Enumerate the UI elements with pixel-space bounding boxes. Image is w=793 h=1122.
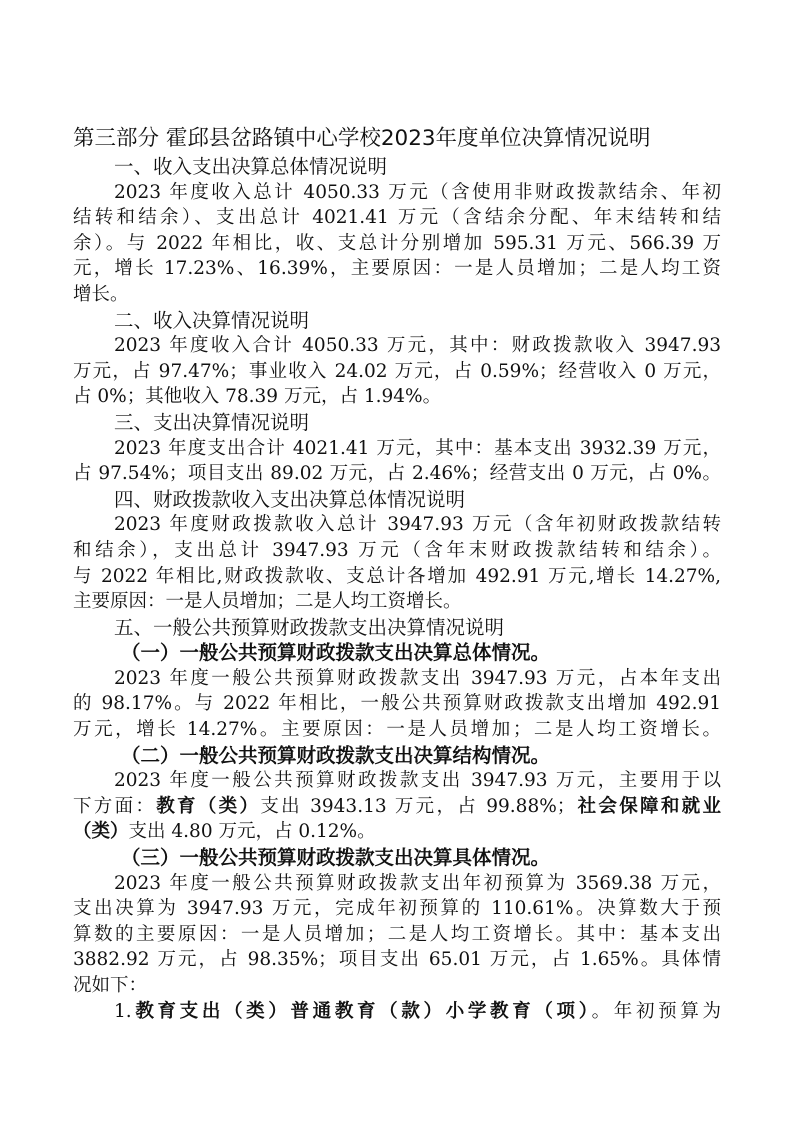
subsection-heading-1: （一）一般公共预算财政拨款支出决算总体情况。 [73, 640, 721, 666]
text-fragment: 下方面： [73, 796, 156, 817]
section-heading-2: 二、收入决算情况说明 [73, 308, 721, 334]
text-line: 的 98.17%。与 2022 年相比，一般公共预算财政拨款支出增加 492.9… [73, 691, 721, 717]
text-line: 万元，占 97.47%；事业收入 24.02 万元，占 0.59%；经营收入 0… [73, 359, 721, 385]
subsection-3-paragraph: 2023 年度一般公共预算财政拨款支出年初预算为 3569.38 万元， 支出决… [73, 871, 721, 1025]
text-line: 2023 年度一般公共预算财政拨款支出年初预算为 3569.38 万元， [73, 871, 721, 897]
text-line: 下方面：教育（类）支出 3943.13 万元，占 99.88%；社会保障和就业 [73, 794, 721, 820]
section-heading-3: 三、支出决算情况说明 [73, 410, 721, 436]
text-line: （类）支出 4.80 万元，占 0.12%。 [73, 819, 721, 845]
text-line: 增长。 [73, 282, 721, 308]
subsection-heading-3: （三）一般公共预算财政拨款支出决算具体情况。 [73, 845, 721, 871]
list-item: 1.教育支出（类）普通教育（款）小学教育（项）。年初预算为 [73, 999, 721, 1025]
document-page: 第三部分 霍邱县岔路镇中心学校2023年度单位决算情况说明 一、收入支出决算总体… [73, 124, 721, 1024]
item-title: 教育支出（类）普通教育（款）小学教育（项） [132, 1001, 592, 1022]
text-line: 况如下： [73, 973, 721, 999]
text-line: 算数的主要原因：一是人员增加；二是人均工资增长。其中：基本支出 [73, 922, 721, 948]
section-3-paragraph: 2023 年度支出合计 4021.41 万元，其中：基本支出 3932.39 万… [73, 436, 721, 487]
text-line: 占 97.54%；项目支出 89.02 万元，占 2.46%；经营支出 0 万元… [73, 461, 721, 487]
text-line: 2023 年度财政拨款收入总计 3947.93 万元（含年初财政拨款结转 [73, 512, 721, 538]
text-fragment: 支出 3943.13 万元，占 99.88%； [260, 796, 575, 817]
text-line: 3882.92 万元，占 98.35%；项目支出 65.01 万元，占 1.65… [73, 947, 721, 973]
text-line: 余）。与 2022 年相比，收、支总计分别增加 595.31 万元、566.39… [73, 231, 721, 257]
text-line: 2023 年度一般公共预算财政拨款支出 3947.93 万元，占本年支出 [73, 666, 721, 692]
text-line: 与 2022 年相比,财政拨款收、支总计各增加 492.91 万元,增长 14.… [73, 564, 721, 590]
subsection-2-paragraph: 2023 年度一般公共预算财政拨款支出 3947.93 万元，主要用于以 下方面… [73, 768, 721, 845]
text-line: 2023 年度收入总计 4050.33 万元（含使用非财政拨款结余、年初 [73, 180, 721, 206]
text-line: 2023 年度支出合计 4021.41 万元，其中：基本支出 3932.39 万… [73, 436, 721, 462]
page-title: 第三部分 霍邱县岔路镇中心学校2023年度单位决算情况说明 [73, 124, 721, 154]
category-label: （类） [73, 821, 129, 842]
item-number: 1. [114, 1001, 132, 1022]
text-line: 万元，增长 14.27%。主要原因：一是人员增加；二是人均工资增长。 [73, 717, 721, 743]
text-line: 2023 年度一般公共预算财政拨款支出 3947.93 万元，主要用于以 [73, 768, 721, 794]
section-heading-4: 四、财政拨款收入支出决算总体情况说明 [73, 487, 721, 513]
section-heading-5: 五、一般公共预算财政拨款支出决算情况说明 [73, 615, 721, 641]
text-line: 支出决算为 3947.93 万元，完成年初预算的 110.61%。决算数大于预 [73, 896, 721, 922]
category-education: 教育（类） [156, 796, 260, 817]
text-line: 元，增长 17.23%、16.39%，主要原因：一是人员增加；二是人均工资 [73, 256, 721, 282]
text-line: 主要原因：一是人员增加；二是人均工资增长。 [73, 589, 721, 615]
section-heading-1: 一、收入支出决算总体情况说明 [73, 154, 721, 180]
text-fragment: 支出 4.80 万元，占 0.12%。 [129, 821, 376, 842]
section-2-paragraph: 2023 年度收入合计 4050.33 万元，其中：财政拨款收入 3947.93… [73, 333, 721, 410]
text-fragment: 。年初预算为 [592, 1001, 721, 1022]
text-line: 结转和结余）、支出总计 4021.41 万元（含结余分配、年末结转和结 [73, 205, 721, 231]
section-1-paragraph: 2023 年度收入总计 4050.33 万元（含使用非财政拨款结余、年初 结转和… [73, 180, 721, 308]
subsection-1-paragraph: 2023 年度一般公共预算财政拨款支出 3947.93 万元，占本年支出 的 9… [73, 666, 721, 743]
subsection-heading-2: （二）一般公共预算财政拨款支出决算结构情况。 [73, 743, 721, 769]
text-line: 占 0%；其他收入 78.39 万元，占 1.94%。 [73, 384, 721, 410]
category-social-security: 社会保障和就业 [575, 796, 721, 817]
text-line: 2023 年度收入合计 4050.33 万元，其中：财政拨款收入 3947.93 [73, 333, 721, 359]
text-line: 和结余），支出总计 3947.93 万元（含年末财政拨款结转和结余）。 [73, 538, 721, 564]
section-4-paragraph: 2023 年度财政拨款收入总计 3947.93 万元（含年初财政拨款结转 和结余… [73, 512, 721, 614]
